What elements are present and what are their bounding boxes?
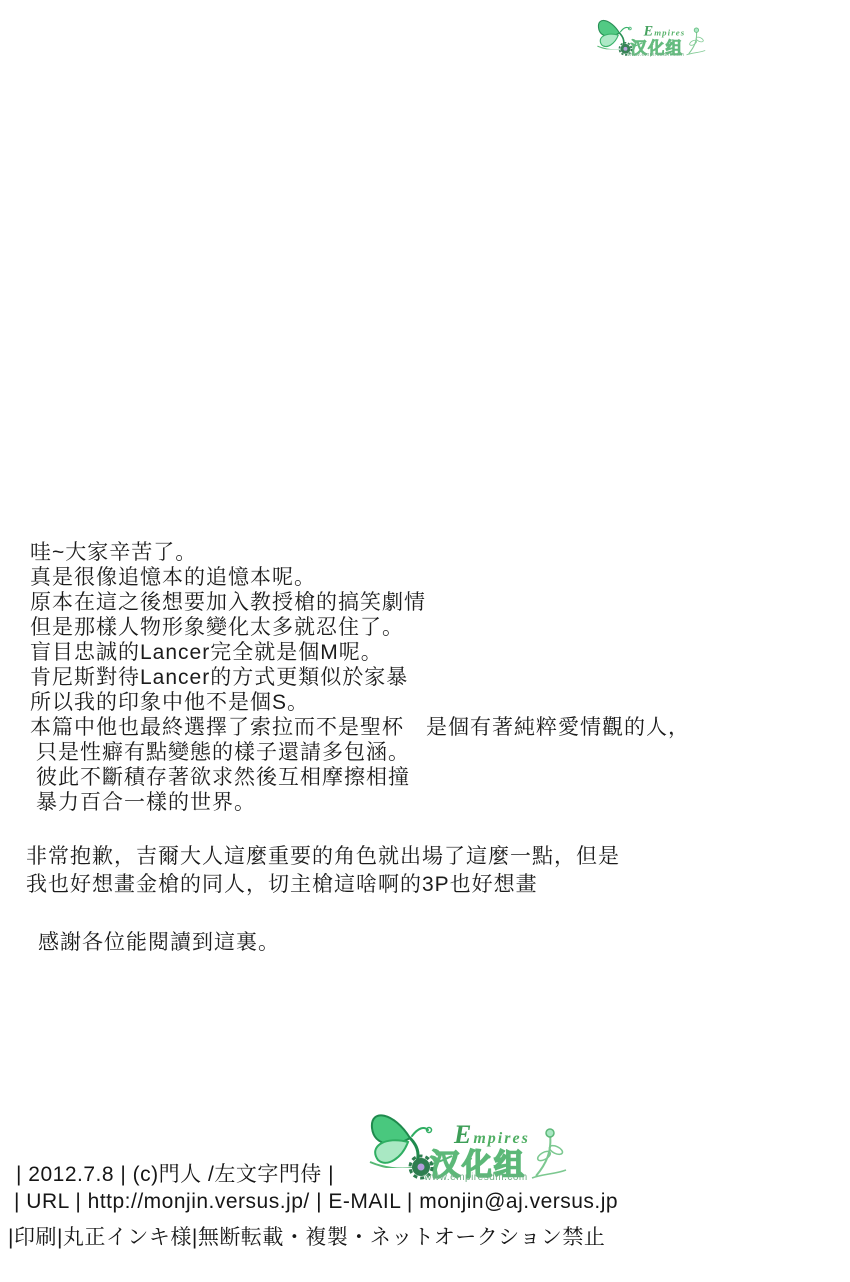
translator-logo: Empires 汉化组 www.empiresdm.com xyxy=(362,1100,574,1192)
afterword-line: 非常抱歉，吉爾大人這麼重要的角色就出場了這麼一點，但是 xyxy=(26,843,620,871)
afterword-line: 所以我的印象中他不是個S。 xyxy=(30,690,690,715)
afterword-paragraph2: 非常抱歉，吉爾大人這麼重要的角色就出場了這麼一點，但是 我也好想畫金槍的同人，切… xyxy=(26,843,620,899)
afterword-line: 彼此不斷積存著欲求然後互相摩擦相撞 xyxy=(36,765,690,790)
afterword-line: 我也好想畫金槍的同人，切主槍這啥啊的3P也好想畫 xyxy=(26,871,620,899)
scan-page: Empires 汉化组 www.empiresdm.com 哇~大家辛苦了。 真… xyxy=(0,0,850,1282)
afterword-line: 盲目忠誠的Lancer完全就是個M呢。 xyxy=(30,640,690,665)
afterword-line: 肯尼斯對待Lancer的方式更類似於家暴 xyxy=(30,665,690,690)
afterword-line: 暴力百合一樣的世界。 xyxy=(36,790,690,815)
group-url: www.empiresdm.com xyxy=(612,52,700,58)
afterword-line: 哇~大家辛苦了。 xyxy=(30,540,690,565)
footer-date-credit: | 2012.7.8 | (c)門人 /左文字門侍 | xyxy=(16,1158,334,1188)
afterword-line: 本篇中他也最終選擇了索拉而不是聖杯 是個有著純粹愛情觀的人， xyxy=(30,715,690,740)
footer-print-notice: |印刷|丸正インキ様|無断転載・複製・ネットオークション禁止 xyxy=(8,1221,605,1251)
translator-watermark-top: Empires 汉化组 www.empiresdm.com xyxy=(593,12,710,63)
afterword-text: 哇~大家辛苦了。 真是很像追憶本的追憶本呢。 原本在這之後想要加入教授槍的搞笑劇… xyxy=(30,540,690,815)
footer-url-email: | URL | http://monjin.versus.jp/ | E-MAI… xyxy=(14,1190,618,1214)
afterword-line: 真是很像追憶本的追憶本呢。 xyxy=(30,565,690,590)
afterword-line: 只是性癖有點變態的樣子還請多包涵。 xyxy=(36,740,690,765)
thanks-line: 感謝各位能閱讀到這裏。 xyxy=(38,926,280,956)
afterword-line: 原本在這之後想要加入教授槍的搞笑劇情 xyxy=(30,590,690,615)
group-url: www.empiresdm.com xyxy=(396,1172,556,1183)
afterword-line: 但是那樣人物形象變化太多就忍住了。 xyxy=(30,615,690,640)
